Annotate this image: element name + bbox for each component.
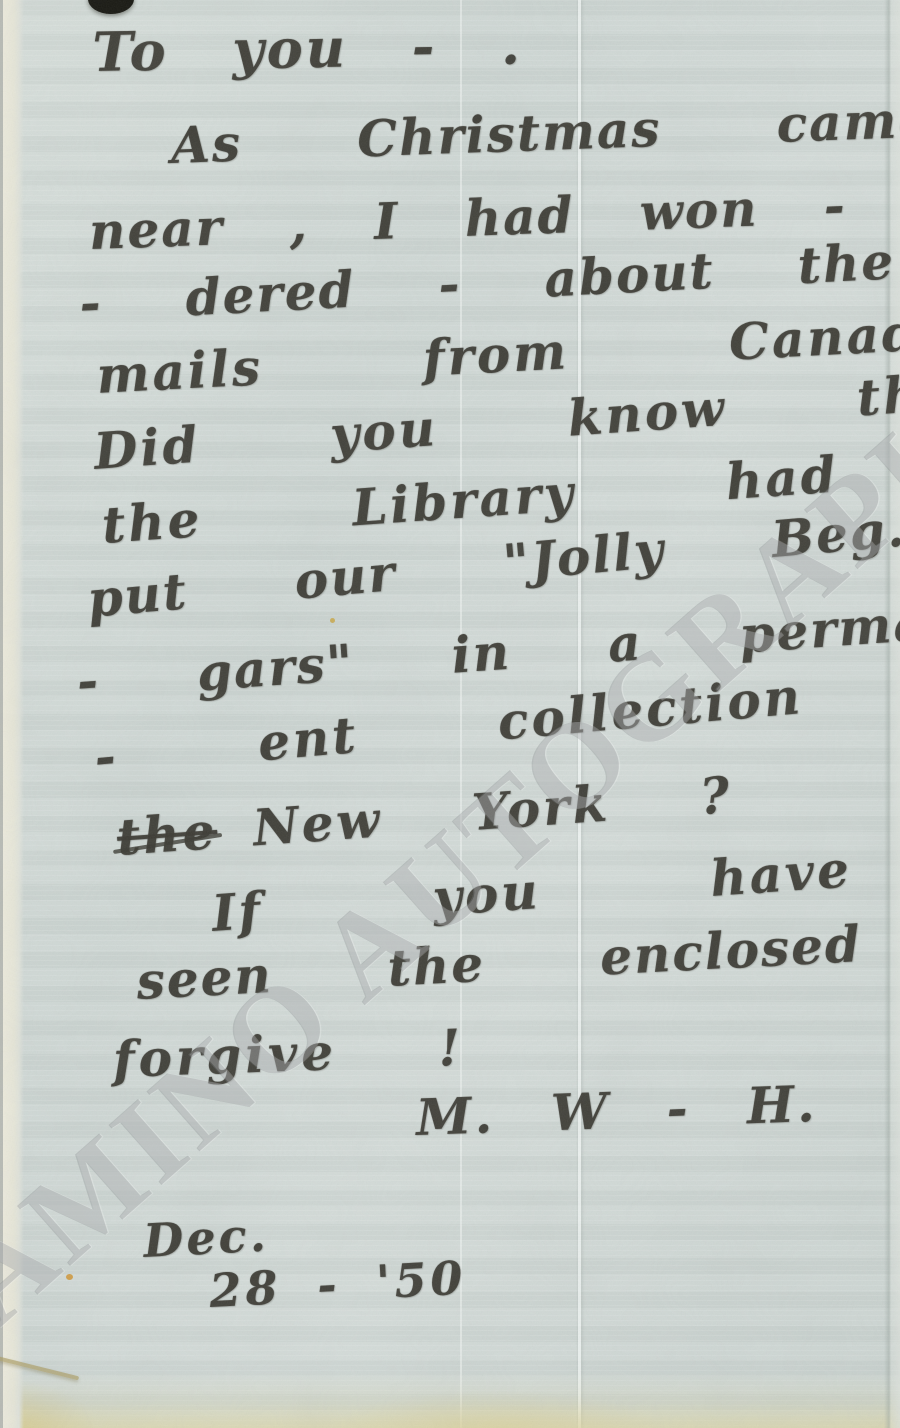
age-discoloration-band [0, 1372, 900, 1428]
ink-blot-top-edge [88, 0, 134, 14]
greeting-line: To you - . [92, 12, 523, 83]
signature-line: M. W - H. [415, 1074, 818, 1147]
body-line: As Christmas came [170, 89, 900, 175]
age-speck [330, 618, 335, 623]
letter-page-scan: To you - . As Christmas came near , I ha… [0, 0, 900, 1428]
strikethrough-word: the [115, 801, 219, 867]
